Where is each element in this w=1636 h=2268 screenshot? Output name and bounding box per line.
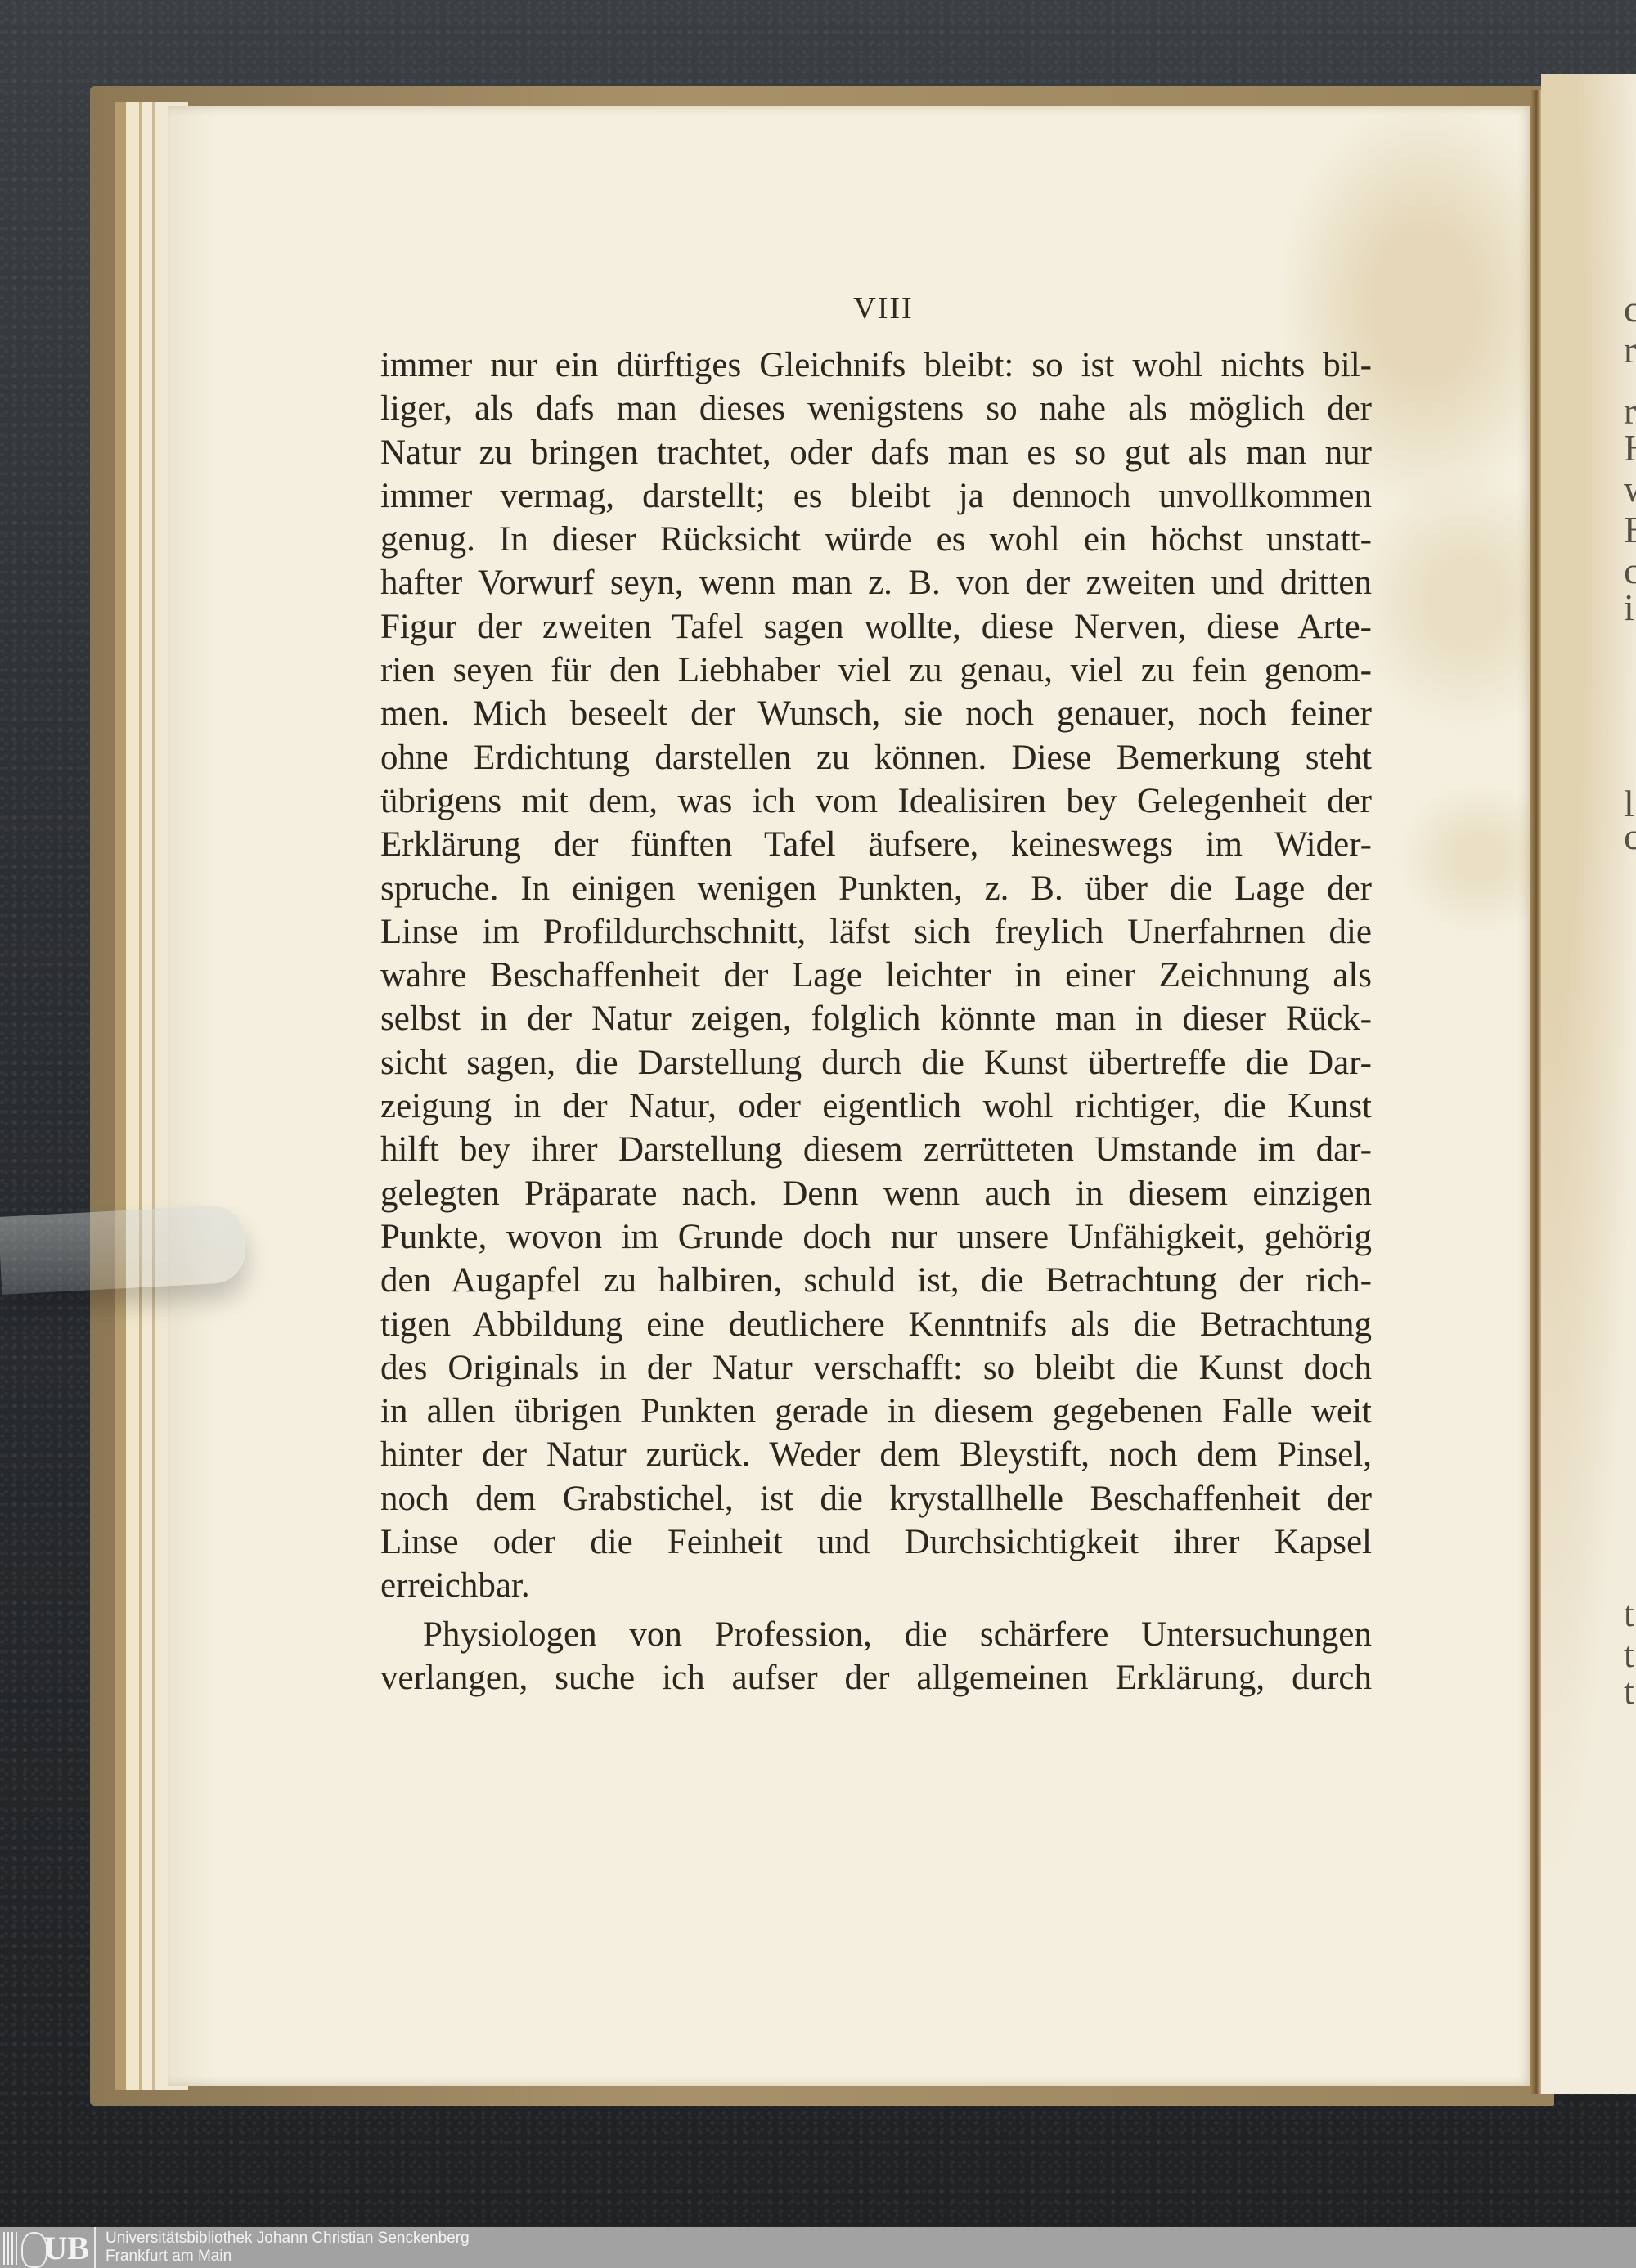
page-holder-clip xyxy=(0,1204,247,1295)
paragraph-start-line: Physiologen von Profession, die schärfer… xyxy=(380,1613,1372,1656)
logo-text: UB xyxy=(43,2229,94,2267)
text-line: Linse oder die Feinheit und Durchsichtig… xyxy=(380,1520,1372,1564)
text-line: immer nur ein dürftiges Gleichnifs bleib… xyxy=(380,344,1372,387)
adjacent-page-letter: i xyxy=(1624,589,1634,627)
text-line: sicht sagen, die Darstellung durch die K… xyxy=(380,1041,1372,1085)
institution-city: Frankfurt am Main xyxy=(106,2248,470,2266)
adjacent-page-letter: r xyxy=(1624,331,1636,369)
adjacent-page-letter: t xyxy=(1624,1636,1634,1673)
text-line: spruche. In einigen wenigen Punkten, z. … xyxy=(380,867,1372,910)
text-line: hinter der Natur zurück. Weder dem Bleys… xyxy=(380,1433,1372,1476)
text-line: Linse im Profildurchschnitt, läfst sich … xyxy=(380,910,1372,954)
library-footer: UB Universitätsbibliothek Johann Christi… xyxy=(0,2227,1636,2268)
adjacent-page-letter: w xyxy=(1624,470,1636,508)
adjacent-page-letter: t xyxy=(1624,1673,1634,1710)
text-line: Punkte, wovon im Grunde doch nur unsere … xyxy=(380,1215,1372,1259)
text-line: gelegten Präparate nach. Denn wenn auch … xyxy=(380,1172,1372,1215)
adjacent-page xyxy=(1541,74,1636,2094)
text-line: Erklärung der fünften Tafel äufsere, kei… xyxy=(380,823,1372,866)
paragraph-end-line: erreichbar. xyxy=(380,1564,1372,1607)
library-logo: UB xyxy=(0,2227,96,2268)
text-line: men. Mich beseelt der Wunsch, sie noch g… xyxy=(380,692,1372,735)
text-line: des Originals in der Natur verschafft: s… xyxy=(380,1346,1372,1390)
footer-text: Universitätsbibliothek Johann Christian … xyxy=(106,2230,470,2266)
text-line: übrigens mit dem, was ich vom Idealisire… xyxy=(380,779,1372,823)
adjacent-page-letter: E xyxy=(1624,511,1636,549)
text-line: in allen übrigen Punkten gerade in diese… xyxy=(380,1390,1372,1433)
text-line: rien seyen für den Liebhaber viel zu gen… xyxy=(380,649,1372,692)
adjacent-page-letter: ri xyxy=(1624,393,1636,430)
adjacent-page-letter: c xyxy=(1624,552,1636,590)
text-line: Figur der zweiten Tafel sagen wollte, di… xyxy=(380,605,1372,649)
page-number: VIII xyxy=(851,290,916,326)
text-line: immer vermag, darstellt; es bleibt ja de… xyxy=(380,474,1372,518)
text-line: liger, als dafs man dieses wenigstens so… xyxy=(380,387,1372,430)
text-line: ohne Erdichtung darstellen zu können. Di… xyxy=(380,736,1372,779)
logo-columns-icon xyxy=(3,2232,20,2265)
text-line: den Augapfel zu halbiren, schuld ist, di… xyxy=(380,1259,1372,1302)
logo-portrait-icon xyxy=(21,2232,47,2268)
text-line: genug. In dieser Rücksicht würde es wohl… xyxy=(380,518,1372,561)
text-line: selbst in der Natur zeigen, folglich kön… xyxy=(380,997,1372,1040)
adjacent-page-letter: H xyxy=(1624,429,1636,467)
text-line: tigen Abbildung eine deutlichere Kenntni… xyxy=(380,1303,1372,1346)
body-text: immer nur ein dürftiges Gleichnifs bleib… xyxy=(380,344,1372,1700)
text-line: Natur zu bringen trachtet, oder dafs man… xyxy=(380,431,1372,474)
text-line: wahre Beschaffenheit der Lage leichter i… xyxy=(380,954,1372,997)
institution-name: Universitätsbibliothek Johann Christian … xyxy=(106,2230,470,2248)
adjacent-page-letter: t xyxy=(1624,1595,1634,1633)
text-line: noch dem Grabstichel, ist die krystallhe… xyxy=(380,1477,1372,1520)
adjacent-page-letter: c xyxy=(1624,290,1636,328)
adjacent-page-letter: c xyxy=(1624,818,1636,856)
text-line: verlangen, suche ich aufser der allgemei… xyxy=(380,1656,1372,1700)
book-gutter xyxy=(1530,90,1541,2094)
text-line: zeigung in der Natur, oder eigentlich wo… xyxy=(380,1085,1372,1128)
text-line: hafter Vorwurf seyn, wenn man z. B. von … xyxy=(380,561,1372,604)
text-line: hilft bey ihrer Darstellung diesem zerrü… xyxy=(380,1128,1372,1171)
